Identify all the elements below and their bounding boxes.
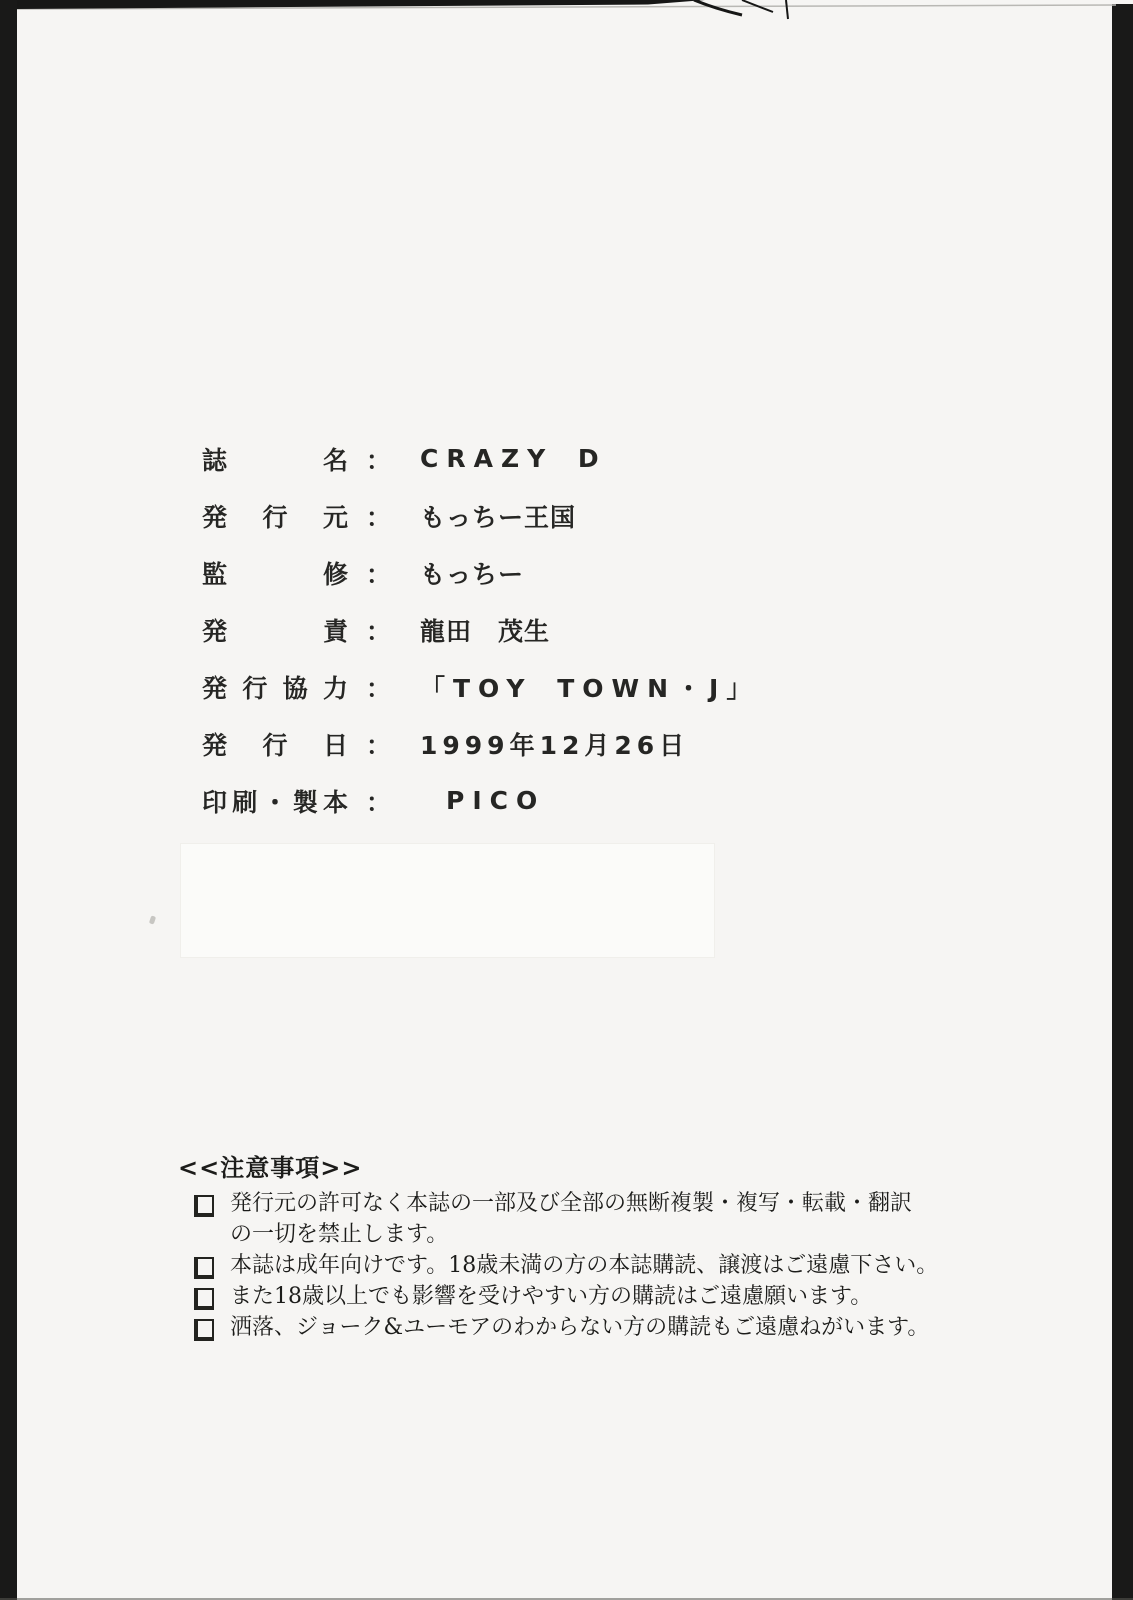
colophon-value: 龍田 茂生 [420,612,550,648]
colophon-value: CRAZY D [420,444,607,473]
colophon-label: 発行元 [202,498,348,534]
notice-item: また18歳以上でも影響を受けやすい方の購読はご遠慮願います。 [194,1281,938,1312]
colophon-row-publisher: 発行元 ： もっちー王国 [202,487,759,544]
scan-top-edge-artifact [0,0,1133,26]
colophon-separator: ： [366,555,390,591]
colophon-label: 発行日 [202,726,348,762]
colophon-value: 1999年12月26日 [420,726,689,762]
notice-heading: <<注意事項>> [178,1152,938,1184]
colophon-label: 発行協力 [202,669,348,705]
colophon-separator: ： [366,498,390,534]
colophon-value: もっちー王国 [420,498,576,534]
ballot-box-icon [194,1319,214,1341]
ballot-box-icon [194,1288,214,1310]
notice-line: 洒落、ジョーク&ユーモアのわからない方の購読もご遠慮ねがいます。 [230,1312,929,1343]
notice-line: 発行元の許可なく本誌の一部及び全部の無断複製・複写・転載・翻訳 [230,1188,912,1219]
notice-text: 発行元の許可なく本誌の一部及び全部の無断複製・複写・転載・翻訳 の一切を禁止しま… [230,1188,912,1250]
colophon: 誌名 ： CRAZY D 発行元 ： もっちー王国 監修 ： もっちー 発責 ：… [202,430,759,829]
notice-text: 洒落、ジョーク&ユーモアのわからない方の購読もご遠慮ねがいます。 [230,1312,929,1343]
blank-stamp-area [180,843,715,958]
notice-line: 本誌は成年向けです。18歳未満の方の本誌購読、譲渡はご遠慮下さい。 [230,1250,938,1281]
scan-speck [149,915,156,924]
colophon-label: 発責 [202,612,348,648]
colophon-value: もっちー [420,555,524,591]
notice-item: 本誌は成年向けです。18歳未満の方の本誌購読、譲渡はご遠慮下さい。 [194,1250,938,1281]
scan-border-left [0,0,17,1600]
colophon-row-supervisor: 監修 ： もっちー [202,544,759,601]
colophon-row-cooperation: 発行協力 ： 「TOY TOWN・J」 [202,658,759,715]
colophon-separator: ： [366,612,390,648]
colophon-separator: ： [366,726,390,762]
notice-item: 発行元の許可なく本誌の一部及び全部の無断複製・複写・転載・翻訳 の一切を禁止しま… [194,1188,938,1250]
colophon-value: 「TOY TOWN・J」 [420,669,759,705]
ballot-box-icon [194,1195,214,1217]
colophon-row-title: 誌名 ： CRAZY D [202,430,759,487]
scan-border-right [1112,4,1133,1600]
colophon-separator: ： [366,669,390,705]
colophon-value: PICO [446,786,545,815]
notice-item: 洒落、ジョーク&ユーモアのわからない方の購読もご遠慮ねがいます。 [194,1312,938,1343]
colophon-label: 監修 [202,555,348,591]
colophon-row-responsible: 発責 ： 龍田 茂生 [202,601,759,658]
colophon-row-date: 発行日 ： 1999年12月26日 [202,715,759,772]
colophon-separator: ： [366,783,390,819]
scanned-page: 誌名 ： CRAZY D 発行元 ： もっちー王国 監修 ： もっちー 発責 ：… [0,0,1133,1600]
colophon-separator: ： [366,441,390,477]
ballot-box-icon [194,1257,214,1279]
colophon-label: 印刷・製本 [202,783,348,819]
notice-line: の一切を禁止します。 [230,1219,912,1250]
colophon-row-printer: 印刷・製本 ： PICO [202,772,759,829]
colophon-label: 誌名 [202,441,348,477]
notice-line: また18歳以上でも影響を受けやすい方の購読はご遠慮願います。 [230,1281,872,1312]
notice-text: 本誌は成年向けです。18歳未満の方の本誌購読、譲渡はご遠慮下さい。 [230,1250,938,1281]
notice-text: また18歳以上でも影響を受けやすい方の購読はご遠慮願います。 [230,1281,872,1312]
notice-section: <<注意事項>> 発行元の許可なく本誌の一部及び全部の無断複製・複写・転載・翻訳… [178,1152,938,1343]
